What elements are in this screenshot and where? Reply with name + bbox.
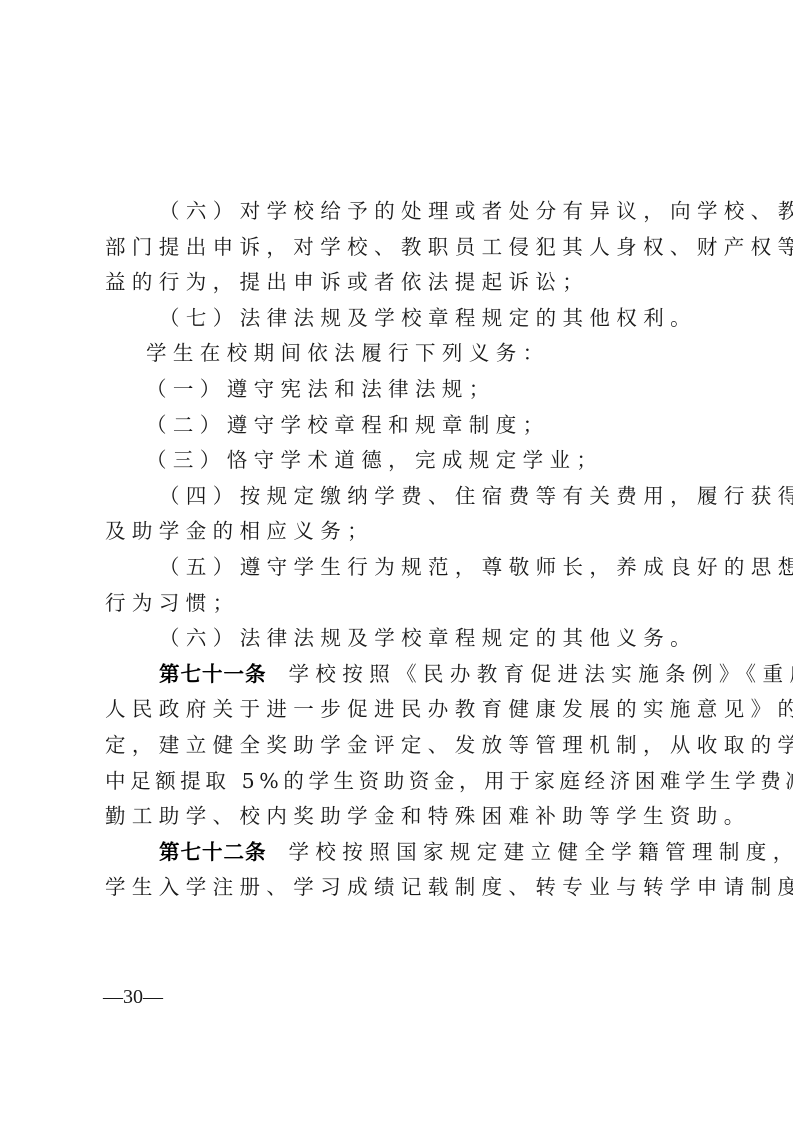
body-text: （六）对学校给予的处理或者处分有异议，向学校、教育行政 部门提出申诉，对学校、教… <box>105 194 699 906</box>
text-line: （二）遵守学校章程和规章制度； <box>105 408 699 444</box>
text-line: 学生在校期间依法履行下列义务： <box>105 336 699 372</box>
page-number: —30— <box>103 986 163 1009</box>
text-line: 益的行为，提出申诉或者依法提起诉讼； <box>105 265 699 301</box>
text-line: （五）遵守学生行为规范，尊敬师长，养成良好的思想品德和 <box>105 550 699 586</box>
paragraph-duty-5: （五）遵守学生行为规范，尊敬师长，养成良好的思想品德和 行为习惯； <box>105 550 699 621</box>
text-line: 学生入学注册、学习成绩记载制度、转专业与转学申请制度、休学 <box>105 870 699 906</box>
text-line: （一）遵守宪法和法律法规； <box>105 372 699 408</box>
text-line: 部门提出申诉，对学校、教职员工侵犯其人身权、财产权等合法权 <box>105 230 699 266</box>
text-line: 中足额提取 5%的学生资助资金，用于家庭经济困难学生学费减免、 <box>105 764 699 800</box>
text-line: 第七十二条学校按照国家规定建立健全学籍管理制度，包括 <box>105 835 699 871</box>
document-page: （六）对学校给予的处理或者处分有异议，向学校、教育行政 部门提出申诉，对学校、教… <box>0 0 793 1122</box>
text-line: （三）恪守学术道德，完成规定学业； <box>105 443 699 479</box>
paragraph-duty-4: （四）按规定缴纳学费、住宿费等有关费用，履行获得贷学金 及助学金的相应义务； <box>105 479 699 550</box>
article-heading: 第七十二条 <box>159 840 267 864</box>
text-line: 定，建立健全奖助学金评定、发放等管理机制，从收取的学费收入 <box>105 728 699 764</box>
paragraph-duties-intro: 学生在校期间依法履行下列义务： <box>105 336 699 372</box>
paragraph-duty-6: （六）法律法规及学校章程规定的其他义务。 <box>105 621 699 657</box>
article-71: 第七十一条学校按照《民办教育促进法实施条例》《重庆市 人民政府关于进一步促进民办… <box>105 657 699 835</box>
text-line: 勤工助学、校内奖助学金和特殊困难补助等学生资助。 <box>105 799 699 835</box>
article-text: 学校按照国家规定建立健全学籍管理制度，包括 <box>289 840 793 864</box>
text-line: （七）法律法规及学校章程规定的其他权利。 <box>105 301 699 337</box>
article-text: 学校按照《民办教育促进法实施条例》《重庆市 <box>289 662 793 686</box>
article-72: 第七十二条学校按照国家规定建立健全学籍管理制度，包括 学生入学注册、学习成绩记载… <box>105 835 699 906</box>
paragraph-duty-1: （一）遵守宪法和法律法规； <box>105 372 699 408</box>
paragraph-duty-3: （三）恪守学术道德，完成规定学业； <box>105 443 699 479</box>
text-line: 及助学金的相应义务； <box>105 514 699 550</box>
text-line: 行为习惯； <box>105 586 699 622</box>
paragraph-right-6: （六）对学校给予的处理或者处分有异议，向学校、教育行政 部门提出申诉，对学校、教… <box>105 194 699 301</box>
text-line: （四）按规定缴纳学费、住宿费等有关费用，履行获得贷学金 <box>105 479 699 515</box>
text-line: 人民政府关于进一步促进民办教育健康发展的实施意见》的相关规 <box>105 692 699 728</box>
paragraph-duty-2: （二）遵守学校章程和规章制度； <box>105 408 699 444</box>
paragraph-right-7: （七）法律法规及学校章程规定的其他权利。 <box>105 301 699 337</box>
text-line: （六）对学校给予的处理或者处分有异议，向学校、教育行政 <box>105 194 699 230</box>
article-heading: 第七十一条 <box>159 662 267 686</box>
text-line: （六）法律法规及学校章程规定的其他义务。 <box>105 621 699 657</box>
text-line: 第七十一条学校按照《民办教育促进法实施条例》《重庆市 <box>105 657 699 693</box>
